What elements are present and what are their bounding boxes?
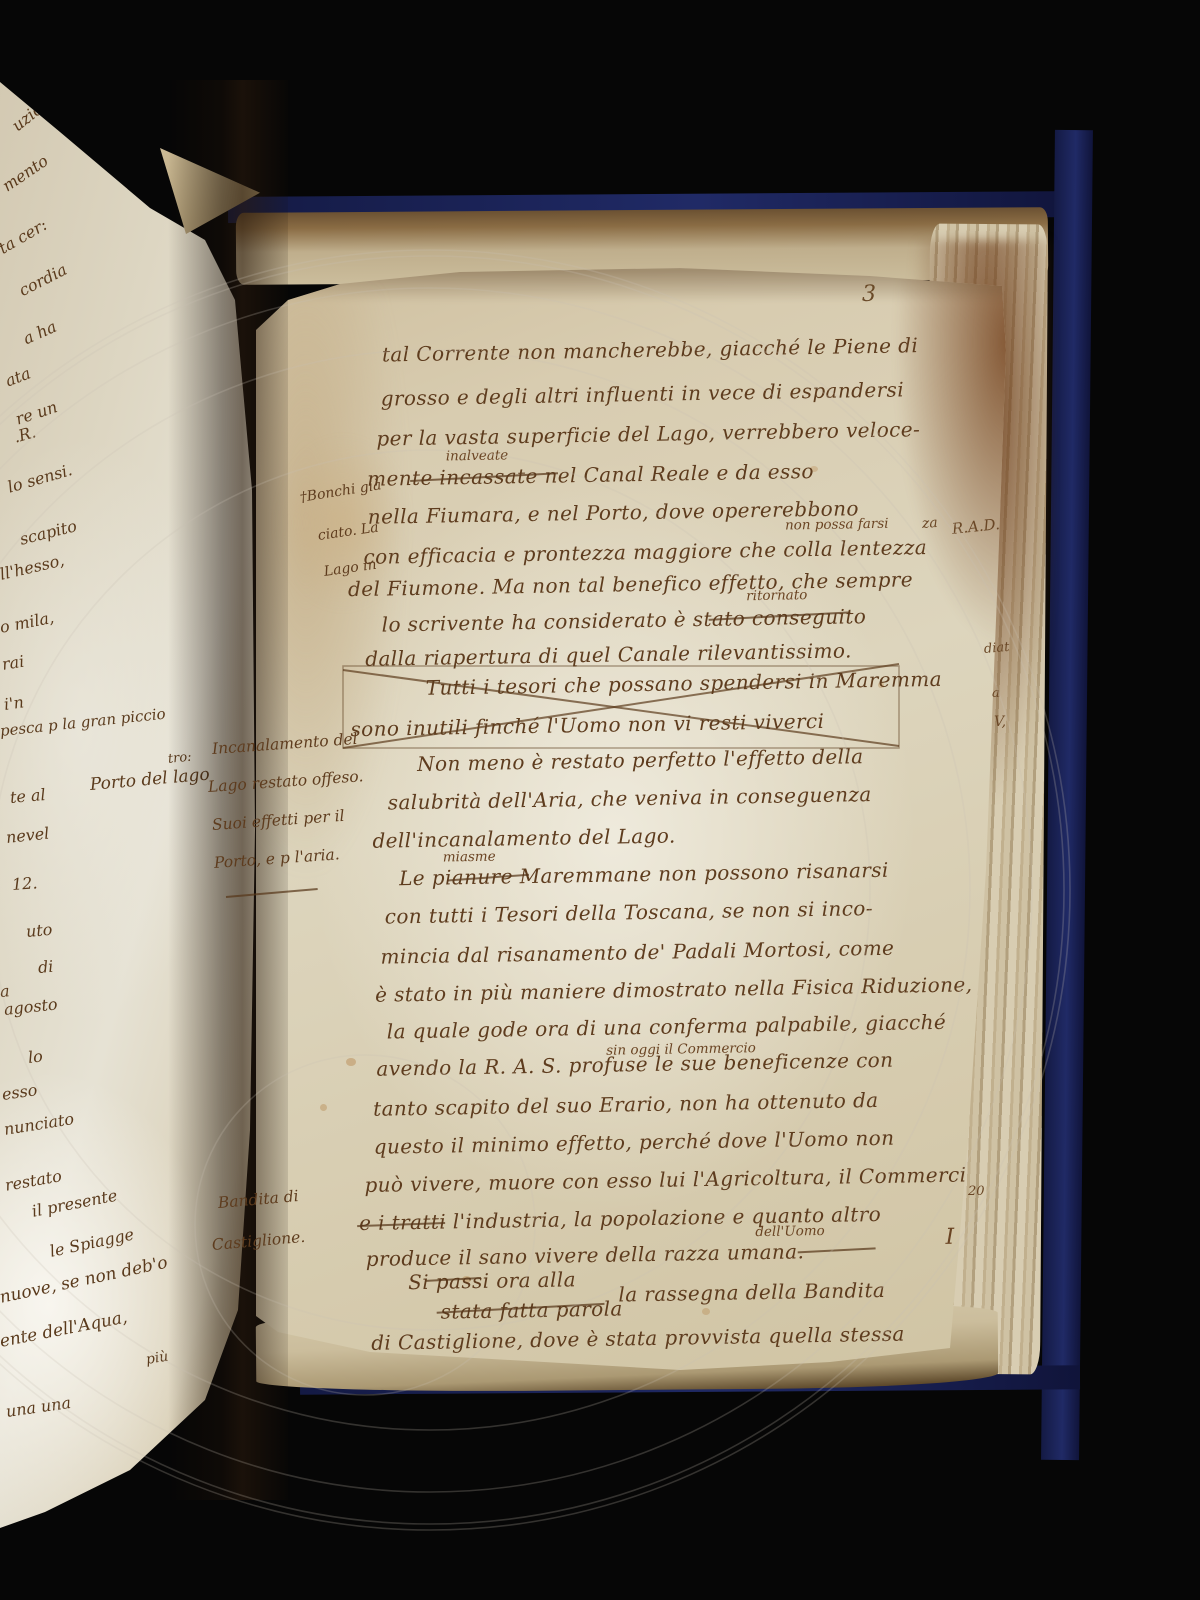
left-page-line-fragment: ll'hesso, xyxy=(0,550,66,583)
left-page-line-fragment: o mila, xyxy=(0,608,56,637)
left-page-line-fragment: mento xyxy=(0,151,52,195)
left-page-line-fragment: uzione xyxy=(8,87,62,135)
left-page-line-fragment: le Spiagge xyxy=(48,1224,136,1260)
cancellation-layer xyxy=(240,223,1050,1402)
left-page-line-fragment: nunciato xyxy=(3,1109,76,1139)
edge-fragment: za xyxy=(921,515,938,532)
left-page-line-fragment: .R. xyxy=(11,422,38,446)
strike-mark xyxy=(709,611,851,620)
left-page-line-fragment: uto xyxy=(25,920,53,941)
left-page-line-fragment: cordia xyxy=(16,260,70,300)
edge-fragment: V, xyxy=(994,714,1006,730)
edge-fragment: a xyxy=(992,686,1000,701)
left-page-line-fragment: scapito xyxy=(18,516,79,549)
left-page-line-fragment: lo xyxy=(27,1047,44,1067)
right-page: 3 tal Corrente non mancherebbe, giacché … xyxy=(250,230,1040,1395)
strike-mark xyxy=(357,1222,445,1227)
left-page-line-fragment: i'n xyxy=(3,692,25,714)
left-page-line-fragment: rai xyxy=(1,652,26,674)
strike-mark xyxy=(410,472,558,482)
left-page-line-fragment: a ha xyxy=(20,317,59,348)
left-page-line-fragment: te al xyxy=(9,785,46,807)
left-page-line-fragment: il presente xyxy=(30,1186,119,1221)
left-page: uzione mento ta cer: cordia a ha ata re … xyxy=(0,70,270,1540)
left-page-line-fragment: ata xyxy=(3,363,34,390)
left-page-line-fragment: più xyxy=(145,1349,170,1368)
left-page-line-fragment: 12. xyxy=(11,873,38,894)
left-page-line-fragment: ente dell'Aqua, xyxy=(0,1307,129,1351)
left-page-line-fragment: nuove, se non deb'o xyxy=(0,1253,169,1308)
left-page-line-fragment: restato xyxy=(3,1166,63,1195)
left-page-line-fragment: a xyxy=(0,981,10,1001)
left-page-line-fragment: ta cer: xyxy=(0,215,50,258)
left-page-line-fragment: Porto del lago xyxy=(89,765,210,795)
left-page-line-fragment: tro: xyxy=(167,750,192,767)
strike-mark xyxy=(798,1247,876,1253)
strike-mark xyxy=(447,874,529,882)
left-page-line-fragment: di xyxy=(37,957,54,977)
left-page-line-fragment: re un xyxy=(13,397,60,428)
strike-mark xyxy=(437,1303,605,1314)
manuscript-sheet: 3 tal Corrente non mancherebbe, giacché … xyxy=(250,230,1040,1395)
edge-fragment: diat xyxy=(983,640,1010,657)
left-page-line-fragment: nevel xyxy=(5,824,50,847)
edge-fragment: 20 xyxy=(968,1184,985,1199)
left-page-line-fragment: esso xyxy=(1,1080,39,1104)
left-page-line-fragment: una una xyxy=(5,1393,72,1421)
left-page-line-fragment: agosto xyxy=(3,994,58,1019)
left-page-line-fragment: pesca p la gran piccio xyxy=(0,705,166,740)
strike-mark xyxy=(426,1277,481,1282)
manuscript-photo: uzione mento ta cer: cordia a ha ata re … xyxy=(0,0,1200,1600)
left-page-line-fragment: lo sensi. xyxy=(5,460,74,497)
